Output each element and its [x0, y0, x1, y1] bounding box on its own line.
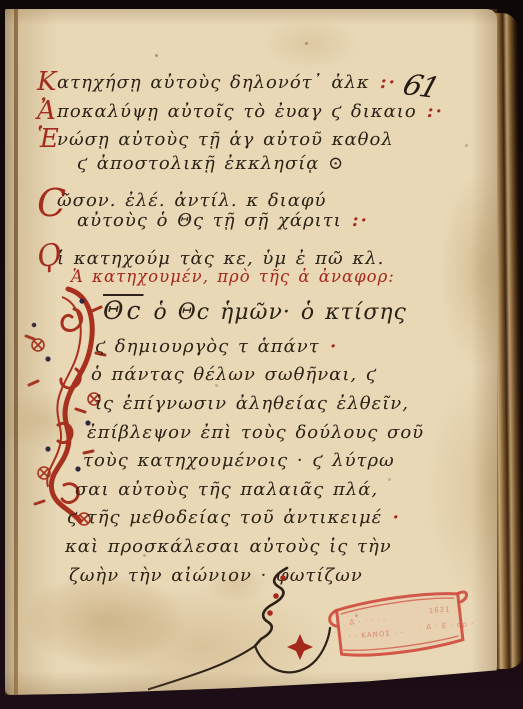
text-line: Ἑνώσῃ αὐτοὺς τῇ ἁγ αὐτοῦ καθολ	[61, 124, 465, 153]
text-line: σαι αὐτοὺς τῆς παλαιᾶς πλά,	[61, 479, 465, 508]
text-block: Κατηχήσῃ αὐτοὺς δηλονότ᾽ ἀλκ :· Ἀποκαλύψ…	[61, 67, 465, 593]
line-text: ϛ δημιουργὸς τ ἁπάντ	[95, 336, 320, 357]
foxing-specks	[155, 54, 158, 57]
text-line: ϛ τῆς μεθοδείας τοῦ ἀντικειμέ ·	[61, 507, 465, 536]
rubric-text: Ἁ κατηχουμέν, πρὸ τῆς ἁ ἀναφορ:	[71, 267, 395, 286]
stamp-text: 1621	[429, 605, 451, 615]
line-text: ῶσον. ἐλέ. ἀντίλ. κ διαφύ	[57, 190, 326, 211]
red-punctuation: :·	[370, 72, 397, 93]
text-line: καὶ προσκάλεσαι αὐτοὺς ἰς τὴν	[61, 536, 465, 565]
rubric-line: Ἁ κατηχουμέν, πρὸ τῆς ἁ ἀναφορ:	[61, 267, 465, 296]
line-text: ϛ τῆς μεθοδείας τοῦ ἀντικειμέ	[67, 507, 382, 528]
line-text: ἐπίβλεψον ἐπὶ τοὺς δούλους σοῦ	[87, 422, 424, 443]
line-text: ἰς ἐπίγνωσιν ἀληθείας ἐλθεῖν,	[95, 393, 409, 414]
nomen-sacrum: Θϲ	[103, 296, 144, 325]
line-text: ὁ πάντας θέλων σωθῆναι, ϛ	[91, 364, 377, 385]
line-text: ϛ ἀποστολικῇ ἐκκλησίᾳ ⊙	[77, 153, 344, 174]
library-stamp: Δ · · · · · 1621 · · ΚΑΝΟΣ · · · Δ · Ε ·…	[323, 581, 477, 677]
gutter-fold-line	[14, 9, 18, 695]
manuscript-page: Κατηχήσῃ αὐτοὺς δηλονότ᾽ ἀλκ :· Ἀποκαλύψ…	[5, 9, 497, 695]
manuscript-photo: Κατηχήσῃ αὐτοὺς δηλονότ᾽ ἀλκ :· Ἀποκαλύψ…	[0, 0, 523, 709]
flourish-tail	[148, 646, 255, 699]
text-line: ἐπίβλεψον ἐπὶ τοὺς δούλους σοῦ	[61, 422, 465, 451]
line-text: ποκαλύψῃ αὐτοῖς τὸ ἐυαγ ϛ δικαιο	[57, 101, 417, 122]
text-line: ϛ ἀποστολικῇ ἐκκλησίᾳ ⊙	[61, 153, 465, 182]
text-line: αὐτοὺς ὁ Θς τῇ σῇ χάριτι :·	[61, 210, 465, 239]
rubricated-initial: Ϲ	[37, 181, 57, 225]
text-line: ὁ πάντας θέλων σωθῆναι, ϛ	[61, 364, 465, 393]
line-text: ὁ Θϲ ἡμῶν· ὁ κτίσης	[144, 300, 407, 325]
line-text: νώσῃ αὐτοὺς τῇ ἁγ αὐτοῦ καθολ	[57, 129, 394, 150]
line-text: αὐτοὺς ὁ Θς τῇ σῇ χάριτι	[77, 210, 342, 231]
line-text: ατηχήσῃ αὐτοὺς δηλονότ᾽ ἀλκ	[57, 72, 370, 93]
text-line: Ϲῶσον. ἐλέ. ἀντίλ. κ διαφύ	[61, 181, 465, 210]
line-text: ἱ κατηχούμ τὰς κε, ὑμ ἐ πῶ κλ.	[57, 248, 384, 269]
line-text: καὶ προσκάλεσαι αὐτοὺς ἰς τὴν	[65, 536, 392, 557]
text-line: Θϲ ὁ Θϲ ἡμῶν· ὁ κτίσης	[61, 296, 465, 336]
line-text: τοὺς κατηχουμένοις · ϛ λύτρω	[83, 450, 395, 471]
line-text: σαι αὐτοὺς τῆς παλαιᾶς πλά,	[75, 479, 378, 500]
text-line: ἰς ἐπίγνωσιν ἀληθείας ἐλθεῖν,	[61, 393, 465, 422]
red-punctuation: ·	[382, 507, 401, 528]
red-punctuation: ·	[320, 336, 339, 357]
rubricated-initial: Κ	[37, 67, 57, 97]
red-punctuation: :·	[342, 210, 369, 231]
rubricated-initial: Ϙ	[34, 237, 60, 275]
text-line: Ϙἱ κατηχούμ τὰς κε, ὑμ ἐ πῶ κλ.	[61, 239, 465, 268]
text-line: τοὺς κατηχουμένοις · ϛ λύτρω	[61, 450, 465, 479]
red-star	[287, 634, 313, 660]
rubricated-initial: Ἑ	[37, 124, 57, 154]
text-line: ϛ δημιουργὸς τ ἁπάντ ·	[61, 336, 465, 365]
rubricated-initial: Ἀ	[37, 96, 57, 126]
